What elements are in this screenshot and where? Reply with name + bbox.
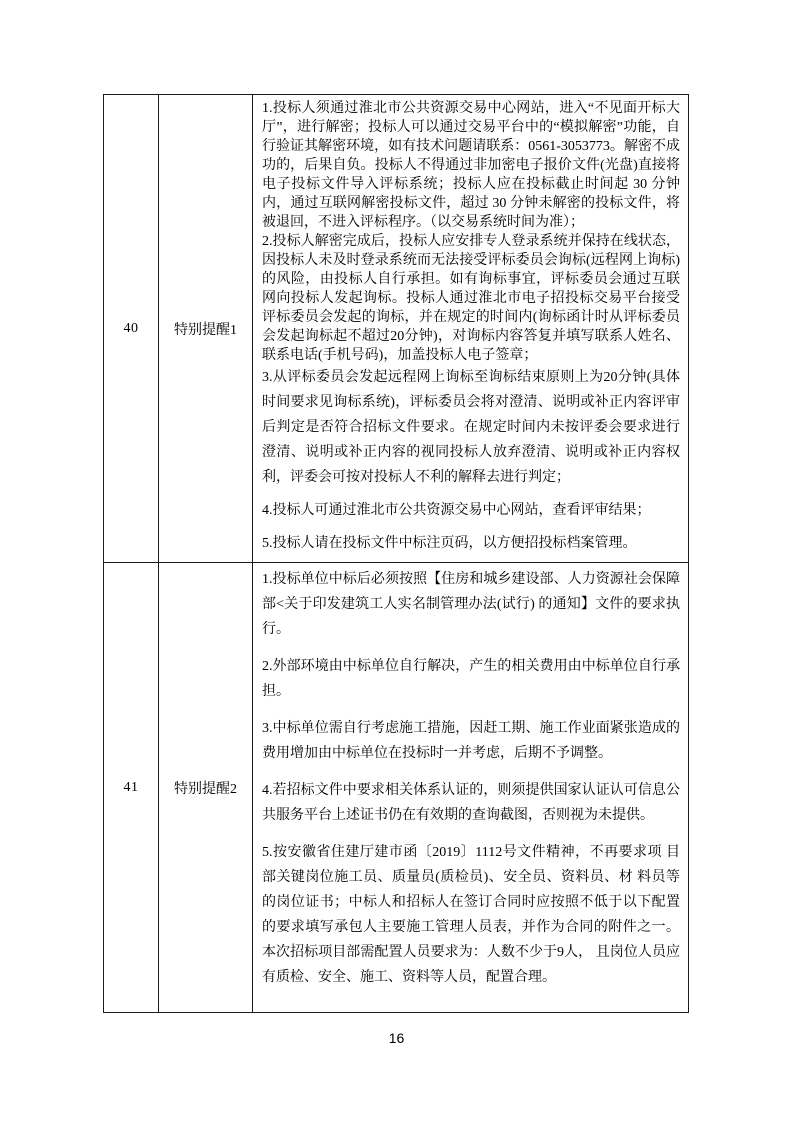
row-index-cell: 40 <box>104 95 159 563</box>
paragraph: 1.投标单位中标后必须按照【住房和城乡建设部、人力资源社会保障部<关于印发建筑工… <box>262 567 680 642</box>
row-label-cell: 特别提醒1 <box>159 95 253 563</box>
notice-table: 40 特别提醒1 1.投标人须通过淮北市公共资源交易中心网站，进入“不见面开标大… <box>103 94 689 1013</box>
row-content-cell: 1.投标单位中标后必须按照【住房和城乡建设部、人力资源社会保障部<关于印发建筑工… <box>253 563 689 1013</box>
paragraph: 2.投标人解密完成后，投标人应安排专人登录系统并保持在线状态，因投标人未及时登录… <box>262 232 680 365</box>
row-label-cell: 特别提醒2 <box>159 563 253 1013</box>
paragraph: 5.投标人请在投标文件中标注页码，以方便招投标档案管理。 <box>262 531 680 556</box>
paragraph: 4.投标人可通过淮北市公共资源交易中心网站，查看评审结果； <box>262 498 680 523</box>
paragraph: 3.中标单位需自行考虑施工措施，因赶工期、施工作业面紧张造成的费用增加由中标单位… <box>262 716 680 766</box>
page-number: 16 <box>0 1030 793 1046</box>
document-page: 40 特别提醒1 1.投标人须通过淮北市公共资源交易中心网站，进入“不见面开标大… <box>0 0 793 1123</box>
row-index-cell: 41 <box>104 563 159 1013</box>
paragraph: 2.外部环境由中标单位自行解决，产生的相关费用由中标单位自行承担。 <box>262 654 680 704</box>
table-row-40: 40 特别提醒1 1.投标人须通过淮北市公共资源交易中心网站，进入“不见面开标大… <box>104 95 689 563</box>
paragraph: 1.投标人须通过淮北市公共资源交易中心网站，进入“不见面开标大厅”，进行解密；投… <box>262 99 680 232</box>
paragraph: 5.按安徽省住建厅建市函〔2019〕1112号文件精神，不再要求项 目部关键岗位… <box>262 840 680 990</box>
table-row-41: 41 特别提醒2 1.投标单位中标后必须按照【住房和城乡建设部、人力资源社会保障… <box>104 563 689 1013</box>
paragraph: 4.若招标文件中要求相关体系认证的，则须提供国家认证认可信息公共服务平台上述证书… <box>262 778 680 828</box>
row-content-cell: 1.投标人须通过淮北市公共资源交易中心网站，进入“不见面开标大厅”，进行解密；投… <box>253 95 689 563</box>
paragraph: 3.从评标委员会发起远程网上询标至询标结束原则上为20分钟(具体时间要求见询标系… <box>262 365 680 490</box>
